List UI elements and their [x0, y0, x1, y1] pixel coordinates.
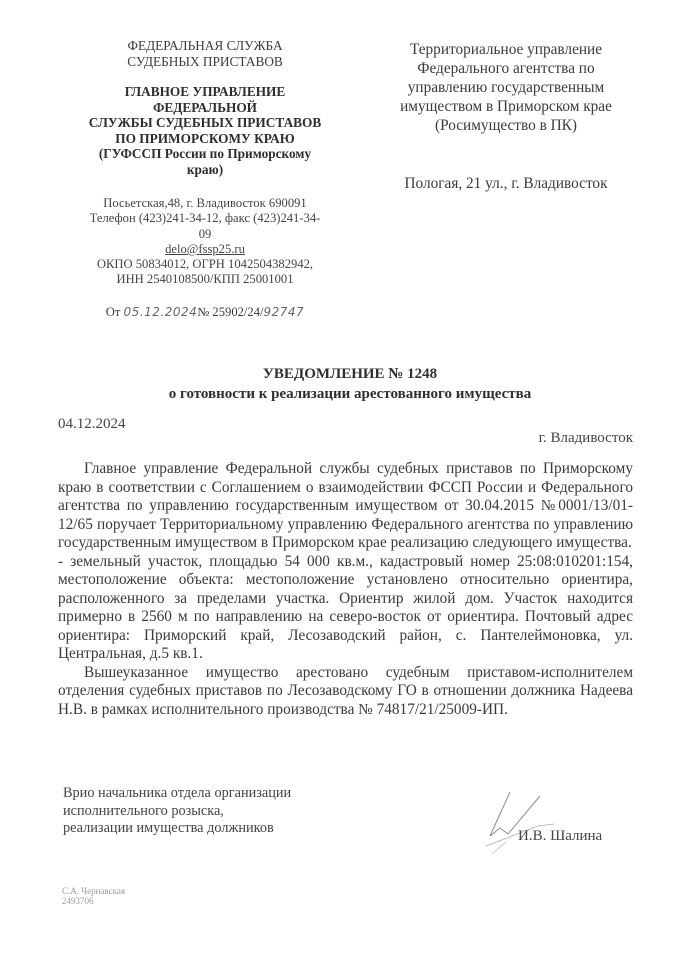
handwritten-signature-icon [478, 788, 558, 858]
sender-phone-cont: 09 [60, 227, 350, 242]
department-line: ФЕДЕРАЛЬНОЙ [60, 100, 350, 116]
recipient-line: (Росимущество в ПК) [370, 116, 642, 135]
body-paragraph: Вышеуказанное имущество арестовано судеб… [58, 664, 633, 720]
recipient-header: Территориальное управление Федерального … [370, 40, 642, 193]
signer-name: И.В. Шалина [518, 828, 602, 845]
outgoing-date-handwritten: 05.12.2024 [124, 305, 198, 319]
notice-body: Главное управление Федеральной службы су… [58, 460, 633, 719]
sender-codes-2: ИНН 2540108500/КПП 25001001 [60, 272, 350, 287]
sender-agency: ФЕДЕРАЛЬНАЯ СЛУЖБА СУДЕБНЫХ ПРИСТАВОВ [60, 38, 350, 69]
recipient-line: Федерального агентства по [370, 59, 642, 78]
recipient-line: управлению государственным [370, 78, 642, 97]
recipient-line: Территориальное управление [370, 40, 642, 59]
position-line: Врио начальника отдела организации [63, 785, 291, 803]
department-line: ПО ПРИМОРСКОМУ КРАЮ [60, 131, 350, 147]
department-line: ГЛАВНОЕ УПРАВЛЕНИЕ [60, 84, 350, 100]
outgoing-reference: От 05.12.2024№ 25902/24/92747 [60, 305, 350, 321]
sender-codes: ОКПО 50834012, ОГРН 1042504382942, [60, 257, 350, 272]
recipient-address: Пологая, 21 ул., г. Владивосток [370, 174, 642, 193]
signatory-position: Врио начальника отдела организации испол… [63, 785, 291, 838]
sender-department: ГЛАВНОЕ УПРАВЛЕНИЕ ФЕДЕРАЛЬНОЙ СЛУЖБЫ СУ… [60, 84, 350, 177]
notice-date: 04.12.2024 [58, 416, 126, 432]
outgoing-prefix: От [106, 305, 121, 319]
position-line: реализации имущества должников [63, 820, 291, 838]
executor-name: С.А. Чернавская [62, 886, 125, 896]
outgoing-number-prefix: № 25902/24/ [197, 305, 263, 319]
sender-email-link[interactable]: delo@fssp25.ru [165, 242, 245, 256]
executor-phone: 2493706 [62, 896, 125, 906]
sender-address: Посьетская,48, г. Владивосток 690091 [60, 196, 350, 211]
outgoing-number-handwritten: 92747 [264, 305, 305, 319]
position-line: исполнительного розыска, [63, 803, 291, 821]
executor-info: С.А. Чернавская 2493706 [62, 886, 125, 906]
date-place-row: 04.12.2024 г. Владивосток [58, 416, 633, 433]
sender-header: ФЕДЕРАЛЬНАЯ СЛУЖБА СУДЕБНЫХ ПРИСТАВОВ ГЛ… [60, 38, 350, 320]
notice-subtitle: о готовности к реализации арестованного … [50, 384, 650, 404]
recipient-line: имуществом в Приморском крае [370, 97, 642, 116]
sender-contacts: Посьетская,48, г. Владивосток 690091 Тел… [60, 196, 350, 288]
department-line: (ГУФССП России по Приморскому [60, 146, 350, 162]
agency-line: ФЕДЕРАЛЬНАЯ СЛУЖБА [60, 38, 350, 54]
department-line: СЛУЖБЫ СУДЕБНЫХ ПРИСТАВОВ [60, 115, 350, 131]
body-paragraph: Главное управление Федеральной службы су… [58, 460, 633, 553]
notice-city: г. Владивосток [539, 430, 633, 447]
agency-line: СУДЕБНЫХ ПРИСТАВОВ [60, 54, 350, 70]
sender-phone: Телефон (423)241-34-12, факс (423)241-34… [60, 211, 350, 226]
notice-title-block: УВЕДОМЛЕНИЕ № 1248 о готовности к реализ… [50, 364, 650, 404]
department-line: краю) [60, 162, 350, 178]
notice-title: УВЕДОМЛЕНИЕ № 1248 [50, 364, 650, 384]
property-description: - земельный участок, площадью 54 000 кв.… [58, 553, 633, 664]
